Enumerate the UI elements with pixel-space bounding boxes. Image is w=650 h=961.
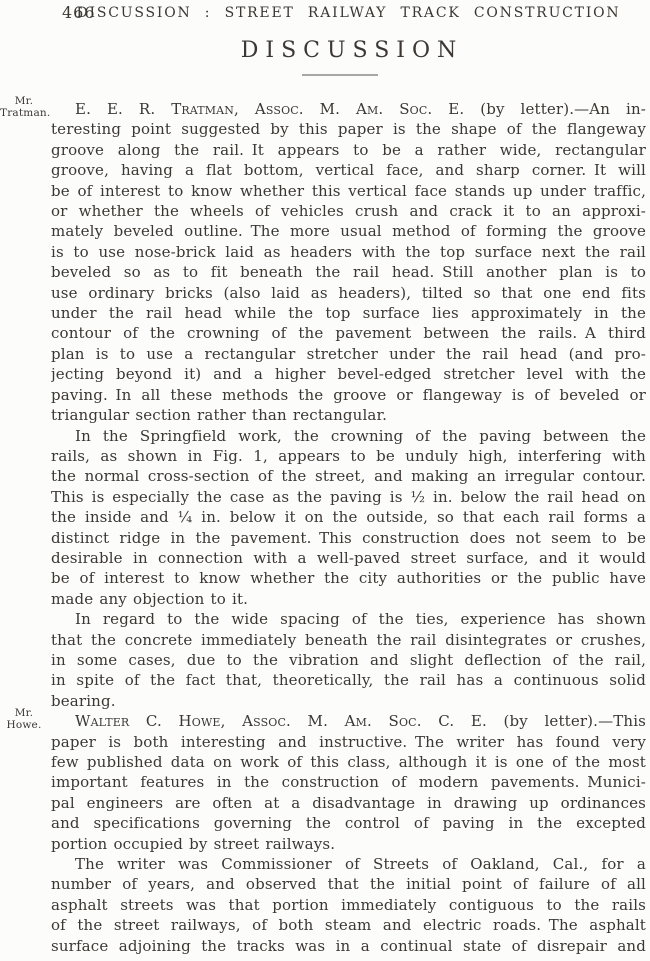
text-segment: In regard to the wide spacing of the tie… [75, 610, 646, 628]
text-segment: use ordinary bricks (also laid as header… [51, 284, 646, 302]
text-segment: portion occupied by street railways. [51, 835, 335, 853]
section-title: DISCUSSION [51, 38, 646, 63]
text-line: contour of the crowning of the pavement … [51, 323, 646, 343]
text-line: jecting beyond it) and a higher bevel-ed… [51, 364, 646, 384]
text-segment: of the street railways, of both steam an… [51, 916, 646, 934]
text-line: is to use nose-brick laid as headers wit… [51, 242, 646, 262]
text-line: portion occupied by street railways. [51, 834, 646, 854]
text-segment: that the concrete immediately beneath th… [51, 631, 646, 649]
text-segment: in some cases, due to the vibration and … [51, 651, 646, 669]
text-line: and specifications governing the control… [51, 813, 646, 833]
text-line: desirable in connection with a well-pave… [51, 548, 646, 568]
text-line: paper is both interesting and instructiv… [51, 732, 646, 752]
text-segment: bearing. [51, 692, 116, 710]
text-line: important features in the construction o… [51, 772, 646, 792]
text-line: that the concrete immediately beneath th… [51, 630, 646, 650]
text-segment: jecting beyond it) and a higher bevel-ed… [51, 365, 646, 383]
text-segment: the inside and ¼ in. below it on the out… [51, 508, 646, 526]
text-line: asphalt streets was that portion immedia… [51, 895, 646, 915]
text-segment: (by letter).—This [487, 712, 646, 730]
text-segment: be of interest to know whether the city … [51, 569, 646, 587]
margin-note-line: Tratman. [0, 108, 48, 120]
text-line: few published data on work of this class… [51, 752, 646, 772]
text-line: be of interest to know whether this vert… [51, 181, 646, 201]
text-line: mately beveled outline. The more usual m… [51, 221, 646, 241]
text-segment: be of interest to know whether this vert… [51, 182, 646, 200]
margin-note-line: Mr. [0, 96, 48, 108]
text-segment: or whether the wheels of vehicles crush … [51, 202, 646, 220]
text-line: use ordinary bricks (also laid as header… [51, 283, 646, 303]
text-line: paving. In all these methods the groove … [51, 385, 646, 405]
text-segment: mately beveled outline. The more usual m… [51, 222, 646, 240]
speaker-name-smallcaps: Walter C. Howe, Assoc. M. Am. Soc. C. E. [75, 712, 487, 730]
text-segment: beveled so as to fit beneath the rail he… [51, 263, 646, 281]
text-line: the inside and ¼ in. below it on the out… [51, 507, 646, 527]
text-segment: In the Springfield work, the crowning of… [75, 427, 646, 445]
text-segment: desirable in connection with a well-pave… [51, 549, 646, 567]
text-segment: important features in the construction o… [51, 773, 646, 791]
text-line: number of years, and observed that the i… [51, 874, 646, 894]
text-line: in some cases, due to the vibration and … [51, 650, 646, 670]
text-line: teresting point suggested by this paper … [51, 119, 646, 139]
running-header: DISCUSSION : STREET RAILWAY TRACK CONSTR… [51, 5, 646, 21]
text-line: bearing. [51, 691, 646, 711]
margin-note-speaker: Mr.Howe. [0, 708, 48, 731]
paragraph: In the Springfield work, the crowning of… [51, 426, 646, 610]
text-line: The writer was Commissioner of Streets o… [51, 854, 646, 874]
text-segment: few published data on work of this class… [51, 753, 646, 771]
text-segment: under the rail head while the top surfac… [51, 304, 646, 322]
text-line: pal engineers are often at a disadvantag… [51, 793, 646, 813]
margin-note-speaker: Mr.Tratman. [0, 96, 48, 119]
text-line: under the rail head while the top surfac… [51, 303, 646, 323]
text-line: In regard to the wide spacing of the tie… [51, 609, 646, 629]
text-segment: This is especially the case as the pavin… [51, 488, 646, 506]
text-line: beveled so as to fit beneath the rail he… [51, 262, 646, 282]
text-segment: paper is both interesting and instructiv… [51, 733, 646, 751]
speaker-name-smallcaps: Tratman, Assoc. M. Am. Soc. E. [171, 100, 464, 118]
margin-note-line: Mr. [0, 708, 48, 720]
text-line: be of interest to know whether the city … [51, 568, 646, 588]
text-segment: is to use nose-brick laid as headers wit… [51, 243, 646, 261]
text-line: E. E. R. Tratman, Assoc. M. Am. Soc. E. … [51, 99, 646, 119]
text-line: triangular section rather than rectangul… [51, 405, 646, 425]
paragraph: The writer was Commissioner of Streets o… [51, 854, 646, 956]
text-segment: asphalt streets was that portion immedia… [51, 896, 646, 914]
text-segment: contour of the crowning of the pavement … [51, 324, 646, 342]
text-segment: and specifications governing the control… [51, 814, 646, 832]
text-line: or whether the wheels of vehicles crush … [51, 201, 646, 221]
paragraph: Mr.Howe.Walter C. Howe, Assoc. M. Am. So… [51, 711, 646, 854]
book-page: 466 DISCUSSION : STREET RAILWAY TRACK CO… [0, 0, 650, 961]
text-segment: plan is to use a rectangular stretcher u… [51, 345, 646, 363]
text-segment: triangular section rather than rectangul… [51, 406, 387, 424]
text-segment: pal engineers are often at a disadvantag… [51, 794, 646, 812]
text-segment: groove along the rail. It appears to be … [51, 141, 646, 159]
text-segment: surface adjoining the tracks was in a co… [51, 937, 646, 955]
text-line: rails, as shown in Fig. 1, appears to be… [51, 446, 646, 466]
paragraph: Mr.Tratman.E. E. R. Tratman, Assoc. M. A… [51, 99, 646, 426]
text-line: This is especially the case as the pavin… [51, 487, 646, 507]
text-segment: paving. In all these methods the groove … [51, 386, 646, 404]
paragraph: In regard to the wide spacing of the tie… [51, 609, 646, 711]
margin-note-line: Howe. [0, 720, 48, 732]
text-line: groove, having a flat bottom, vertical f… [51, 160, 646, 180]
text-line: In the Springfield work, the crowning of… [51, 426, 646, 446]
text-segment: made any objection to it. [51, 590, 248, 608]
text-segment: distinct ridge in the pavement. This con… [51, 529, 646, 547]
text-line: groove along the rail. It appears to be … [51, 140, 646, 160]
text-line: surface adjoining the tracks was in a co… [51, 936, 646, 956]
text-line: of the street railways, of both steam an… [51, 915, 646, 935]
text-line: plan is to use a rectangular stretcher u… [51, 344, 646, 364]
text-segment: the normal cross-section of the street, … [51, 467, 646, 485]
text-segment: The writer was Commissioner of Streets o… [75, 855, 646, 873]
text-segment: rails, as shown in Fig. 1, appears to be… [51, 447, 646, 465]
title-rule-divider [302, 74, 378, 76]
text-segment: (by letter).—An in- [464, 100, 646, 118]
text-line: the normal cross-section of the street, … [51, 466, 646, 486]
text-line: in spite of the fact that, theoretically… [51, 670, 646, 690]
text-segment: teresting point suggested by this paper … [51, 120, 646, 138]
text-line: distinct ridge in the pavement. This con… [51, 528, 646, 548]
text-segment: groove, having a flat bottom, vertical f… [51, 161, 646, 179]
text-line: made any objection to it. [51, 589, 646, 609]
content: Mr.Tratman.E. E. R. Tratman, Assoc. M. A… [51, 99, 646, 956]
text-segment: in spite of the fact that, theoretically… [51, 671, 646, 689]
text-line: Walter C. Howe, Assoc. M. Am. Soc. C. E.… [51, 711, 646, 731]
text-segment: E. E. R. [75, 100, 171, 118]
text-segment: number of years, and observed that the i… [51, 875, 646, 893]
